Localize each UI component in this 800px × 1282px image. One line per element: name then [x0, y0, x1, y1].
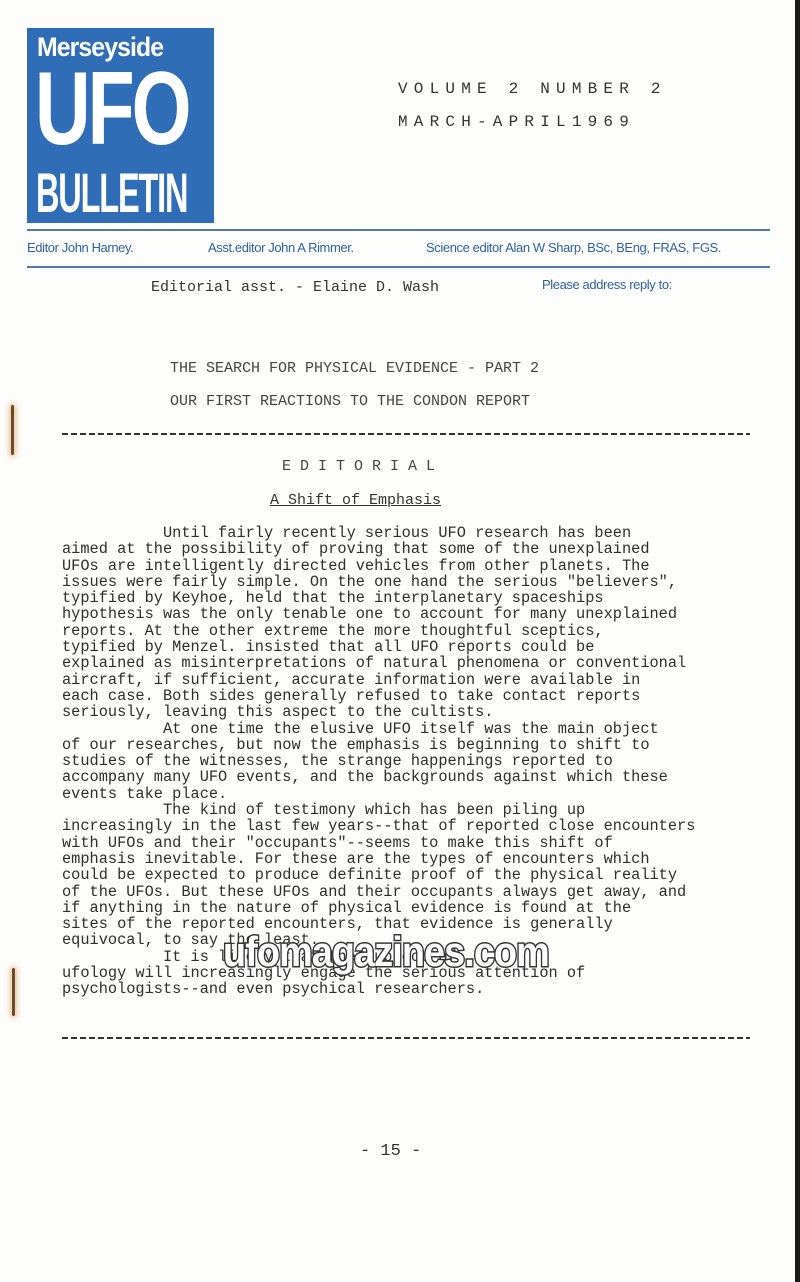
article-line: increasingly in the last few years--that… — [62, 818, 762, 834]
watermark: ufomagazines.com — [223, 928, 549, 976]
article-line: of the UFOs. But these UFOs and their oc… — [62, 884, 762, 900]
editorial-assistant: Editorial asst. - Elaine D. Wash — [151, 279, 439, 296]
article-line: Until fairly recently serious UFO resear… — [62, 525, 762, 541]
dashed-divider-bottom — [62, 1037, 750, 1039]
issue-volume: VOLUME 2 NUMBER 2 — [398, 80, 667, 98]
article-line: accompany many UFO events, and the backg… — [62, 769, 762, 785]
article-line: At one time the elusive UFO itself was t… — [62, 721, 762, 737]
staple-mark-top — [11, 405, 14, 455]
article-body: Until fairly recently serious UFO resear… — [62, 525, 762, 998]
issue-date: MARCH-APRIL1969 — [398, 113, 635, 131]
article-line: explained as misinterpretations of natur… — [62, 655, 762, 671]
page-edge — [795, 0, 800, 1282]
article-line: typified by Menzel. insisted that all UF… — [62, 639, 762, 655]
dashed-divider-top — [62, 433, 750, 435]
article-line: could be expected to produce definite pr… — [62, 867, 762, 883]
article-title: A Shift of Emphasis — [270, 492, 441, 509]
article-line: emphasis inevitable. For these are the t… — [62, 851, 762, 867]
series-heading: THE SEARCH FOR PHYSICAL EVIDENCE - PART … — [170, 360, 539, 377]
article-line: aimed at the possibility of proving that… — [62, 541, 762, 557]
article-line: typified by Keyhoe, held that the interp… — [62, 590, 762, 606]
article-line: psychologists--and even psychical resear… — [62, 981, 762, 997]
editor-credit: Editor John Harney. — [27, 240, 133, 255]
article-line: if anything in the nature of physical ev… — [62, 900, 762, 916]
section-label: EDITORIAL — [282, 458, 444, 475]
article-line: each case. Both sides generally refused … — [62, 688, 762, 704]
article-line: reports. At the other extreme the more t… — [62, 623, 762, 639]
article-line: studies of the witnesses, the strange ha… — [62, 753, 762, 769]
article-line: issues were fairly simple. On the one ha… — [62, 574, 762, 590]
asst-editor-credit: Asst.editor John A Rimmer. — [208, 240, 354, 255]
science-editor-credit: Science editor Alan W Sharp, BSc, BEng, … — [426, 240, 721, 255]
article-line: with UFOs and their "occupants"--seems t… — [62, 835, 762, 851]
article-line: of our researches, but now the emphasis … — [62, 737, 762, 753]
subheading: OUR FIRST REACTIONS TO THE CONDON REPORT — [170, 393, 530, 410]
page-number: - 15 - — [360, 1142, 421, 1161]
article-line: hypothesis was the only tenable one to a… — [62, 606, 762, 622]
bulletin-logo: Merseyside UFO BULLETIN — [27, 28, 214, 223]
article-line: aircraft, if sufficient, accurate inform… — [62, 672, 762, 688]
article-line: UFOs are intelligently directed vehicles… — [62, 558, 762, 574]
header-rule-bottom — [27, 266, 770, 268]
article-line: The kind of testimony which has been pil… — [62, 802, 762, 818]
article-line: seriously, leaving this aspect to the cu… — [62, 704, 762, 720]
logo-line-bulletin: BULLETIN — [36, 165, 187, 221]
reply-address-label: Please address reply to: — [542, 277, 672, 292]
staple-mark-bottom — [12, 968, 15, 1016]
header-rule-top — [27, 229, 770, 231]
article-line: events take place. — [62, 786, 762, 802]
logo-line-ufo: UFO — [35, 54, 189, 164]
